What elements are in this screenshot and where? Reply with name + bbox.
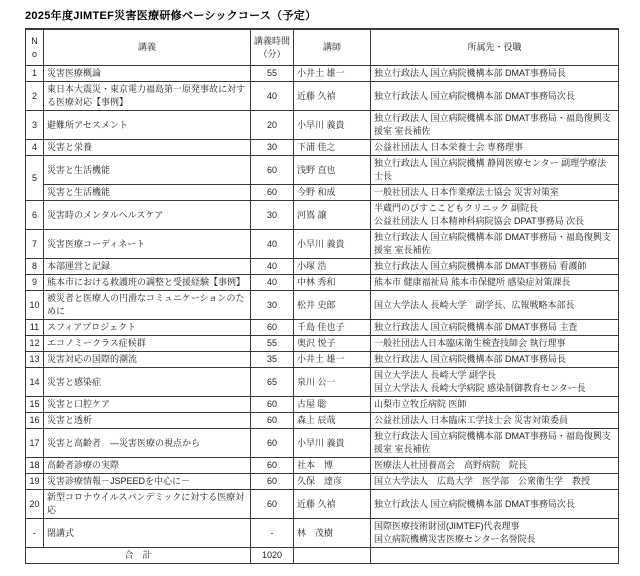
row-lecture-title: 災害医療概論 xyxy=(44,66,251,82)
row-minutes: 35 xyxy=(251,352,294,368)
row-affiliation: 独立行政法人 国立病院機構本部 DMAT事務局・福島復興支援室 室長補佐 xyxy=(371,429,619,458)
affiliation-line: 独立行政法人 国立病院機構本部 DMAT事務局次長 xyxy=(374,90,615,103)
affiliation-line: 国立大学法人 長崎大学 副学長、広報戦略本部長 xyxy=(374,299,615,312)
row-lecture-title: 閉講式 xyxy=(44,519,251,548)
header-row: No 講義 講義時間（分） 講師 所属先・役職 xyxy=(26,29,619,66)
row-no: 14 xyxy=(26,368,44,397)
row-minutes: 40 xyxy=(251,230,294,259)
row-lecturer-name: 千島 佳也子 xyxy=(294,320,371,336)
row-minutes: 60 xyxy=(251,185,294,201)
row-affiliation: 独立行政法人 国立病院機構本部 DMAT事務局次長 xyxy=(371,490,619,519)
row-lecturer-name: 近藤 久禎 xyxy=(294,490,371,519)
course-table-body: 1災害医療概論55小井土 雄一独立行政法人 国立病院機構本部 DMAT事務局長2… xyxy=(26,66,619,548)
total-minutes: 1020 xyxy=(251,548,294,564)
row-affiliation: 独立行政法人 国立病院機構本部 DMAT事務局次長 xyxy=(371,82,619,111)
table-row: 15災害と口腔ケア60古屋 聡山梨市立牧丘病院 医師 xyxy=(26,397,619,413)
row-lecture-title: 災害と生活機能 xyxy=(44,185,251,201)
affiliation-line: 一般社団法人 日本作業療法士協会 災害対策室 xyxy=(374,186,615,199)
row-affiliation: 半蔵門のびすここどもクリニック 副院長公益社団法人 日本精神科病院協会 DPAT… xyxy=(371,201,619,230)
row-affiliation: 独立行政法人 国立病院機構本部 DMAT事務局 主査 xyxy=(371,320,619,336)
row-no: 17 xyxy=(26,429,44,458)
row-affiliation: 一般社団法人 日本作業療法士協会 災害対策室 xyxy=(371,185,619,201)
table-row: 18高齢者診療の実際60社本 博医療法人社団養高会 高野病院 院長 xyxy=(26,458,619,474)
row-no: 4 xyxy=(26,140,44,156)
row-affiliation: 独立行政法人 国立病院機構本部 DMAT事務局 看護師 xyxy=(371,259,619,275)
row-minutes: 60 xyxy=(251,490,294,519)
row-affiliation: 山梨市立牧丘病院 医師 xyxy=(371,397,619,413)
row-no: 15 xyxy=(26,397,44,413)
affiliation-line: 一般社団法人日本臨床衛生検査技師会 執行理事 xyxy=(374,337,615,350)
document-page: 2025年度JIMTEF災害医療研修ベーシックコース（予定） No 講義 講義時… xyxy=(0,0,640,564)
row-minutes: 55 xyxy=(251,336,294,352)
row-minutes: 60 xyxy=(251,429,294,458)
row-no: 7 xyxy=(26,230,44,259)
row-no: 20 xyxy=(26,490,44,519)
affiliation-line: 医療法人社団養高会 高野病院 院長 xyxy=(374,459,615,472)
row-affiliation: 独立行政法人 国立病院機構本部 DMAT事務局長 xyxy=(371,66,619,82)
table-row: 7災害医療コーディネート40小早川 義貴独立行政法人 国立病院機構本部 DMAT… xyxy=(26,230,619,259)
row-affiliation: 独立行政法人 国立病院機構 静岡医療センター 副理学療法士長 xyxy=(371,156,619,185)
affiliation-line: 山梨市立牧丘病院 医師 xyxy=(374,398,615,411)
page-title: 2025年度JIMTEF災害医療研修ベーシックコース（予定） xyxy=(25,7,640,23)
table-row: 14災害と感染症65泉川 公一国立大学法人 長崎大学 副学長国立大学法人 長崎大… xyxy=(26,368,619,397)
affiliation-line: 公益社団法人 日本栄養士会 専務理事 xyxy=(374,141,615,154)
table-row: 11スフィアプロジェクト60千島 佳也子独立行政法人 国立病院機構本部 DMAT… xyxy=(26,320,619,336)
row-lecture-title: エコノミークラス症候群 xyxy=(44,336,251,352)
row-lecturer-name: 今野 和成 xyxy=(294,185,371,201)
row-affiliation: 公益社団法人 日本臨床工学技士会 災害対策委員 xyxy=(371,413,619,429)
row-lecture-title: 災害対応の国際的潮流 xyxy=(44,352,251,368)
row-affiliation: 国立大学法人 広島大学 医学部 公衆衛生学 教授 xyxy=(371,474,619,490)
table-footer: 合 計 1020 xyxy=(26,548,619,564)
row-no: 2 xyxy=(26,82,44,111)
row-no: 8 xyxy=(26,259,44,275)
table-row: 4災害と栄養30下浦 佳之公益社団法人 日本栄養士会 専務理事 xyxy=(26,140,619,156)
affiliation-line: 国立大学法人 長崎大学病院 感染制御教育センター長 xyxy=(374,382,615,395)
header-affiliation: 所属先・役職 xyxy=(371,29,619,66)
total-row: 合 計 1020 xyxy=(26,548,619,564)
row-lecture-title: 熊本市における救護班の調整と受援経験【事例】 xyxy=(44,275,251,291)
row-lecturer-name: 中林 秀和 xyxy=(294,275,371,291)
row-lecturer-name: 下浦 佳之 xyxy=(294,140,371,156)
header-minutes: 講義時間（分） xyxy=(251,29,294,66)
row-no: 9 xyxy=(26,275,44,291)
row-affiliation: 医療法人社団養高会 高野病院 院長 xyxy=(371,458,619,474)
table-row: -閉講式-林 茂樹国際医療技術財団(JIMTEF)代表理事国立病院機構災害医療セ… xyxy=(26,519,619,548)
row-lecture-title: スフィアプロジェクト xyxy=(44,320,251,336)
header-minutes-line1: 講義時間 xyxy=(254,35,290,48)
row-minutes: 60 xyxy=(251,156,294,185)
affiliation-line: 独立行政法人 国立病院機構本部 DMAT事務局 主査 xyxy=(374,321,615,334)
row-lecturer-name: 小早川 義貴 xyxy=(294,429,371,458)
row-lecture-title: 災害と感染症 xyxy=(44,368,251,397)
header-no: No xyxy=(26,29,44,66)
table-row: 19災害診療情報－JSPEEDを中心に－60久保 達彦国立大学法人 広島大学 医… xyxy=(26,474,619,490)
row-affiliation: 公益社団法人 日本栄養士会 専務理事 xyxy=(371,140,619,156)
table-header: No 講義 講義時間（分） 講師 所属先・役職 xyxy=(26,29,619,66)
affiliation-line: 独立行政法人 国立病院機構本部 DMAT事務局・福島復興支援室 室長補佐 xyxy=(374,430,615,456)
affiliation-line: 独立行政法人 国立病院機構本部 DMAT事務局長 xyxy=(374,353,615,366)
row-no: 13 xyxy=(26,352,44,368)
row-lecture-title: 被災者と医療人の円滑なコミュニケーションのために xyxy=(44,291,251,320)
row-lecturer-name: 久保 達彦 xyxy=(294,474,371,490)
header-lecture: 講義 xyxy=(44,29,251,66)
row-no: 10 xyxy=(26,291,44,320)
row-lecturer-name: 浅野 直也 xyxy=(294,156,371,185)
row-lecturer-name: 小早川 義貴 xyxy=(294,111,371,140)
row-lecturer-name: 泉川 公一 xyxy=(294,368,371,397)
row-lecture-title: 災害時のメンタルヘルスケア xyxy=(44,201,251,230)
row-minutes: 55 xyxy=(251,66,294,82)
table-row: 20新型コロナウイルスパンデミックに対する医療対応60近藤 久禎独立行政法人 国… xyxy=(26,490,619,519)
row-no: 5 xyxy=(26,156,44,201)
affiliation-line: 独立行政法人 国立病院機構本部 DMAT事務局・福島復興支援室 室長補佐 xyxy=(374,112,615,138)
table-row: 10被災者と医療人の円滑なコミュニケーションのために30松井 史郎国立大学法人 … xyxy=(26,291,619,320)
row-lecturer-name: 小井土 雄一 xyxy=(294,66,371,82)
affiliation-line: 独立行政法人 国立病院機構本部 DMAT事務局 看護師 xyxy=(374,260,615,273)
row-affiliation: 国立大学法人 長崎大学 副学長、広報戦略本部長 xyxy=(371,291,619,320)
row-minutes: 40 xyxy=(251,259,294,275)
row-minutes: - xyxy=(251,519,294,548)
row-no: 11 xyxy=(26,320,44,336)
affiliation-line: 独立行政法人 国立病院機構本部 DMAT事務局次長 xyxy=(374,498,615,511)
affiliation-line: 国際医療技術財団(JIMTEF)代表理事 xyxy=(374,520,615,533)
row-minutes: 60 xyxy=(251,320,294,336)
row-lecture-title: 災害と高齢者 ―災害医療の視点から xyxy=(44,429,251,458)
row-lecturer-name: 河嶌 譲 xyxy=(294,201,371,230)
row-lecturer-name: 奥沢 悦子 xyxy=(294,336,371,352)
row-affiliation: 独立行政法人 国立病院機構本部 DMAT事務局長 xyxy=(371,352,619,368)
row-no: 18 xyxy=(26,458,44,474)
table-row: 8本部運営と記録40小塚 浩独立行政法人 国立病院機構本部 DMAT事務局 看護… xyxy=(26,259,619,275)
row-minutes: 40 xyxy=(251,82,294,111)
table-row: 6災害時のメンタルヘルスケア30河嶌 譲半蔵門のびすここどもクリニック 副院長公… xyxy=(26,201,619,230)
table-row: 1災害医療概論55小井土 雄一独立行政法人 国立病院機構本部 DMAT事務局長 xyxy=(26,66,619,82)
row-lecture-title: 災害医療コーディネート xyxy=(44,230,251,259)
table-row: 16災害と透析60森上 辰哉公益社団法人 日本臨床工学技士会 災害対策委員 xyxy=(26,413,619,429)
affiliation-line: 国立病院機構災害医療センター名誉院長 xyxy=(374,533,615,546)
affiliation-line: 公益社団法人 日本精神科病院協会 DPAT事務局 次長 xyxy=(374,215,615,228)
table-row: 9熊本市における救護班の調整と受援経験【事例】40中林 秀和熊本市 健康福祉局 … xyxy=(26,275,619,291)
affiliation-line: 国立大学法人 広島大学 医学部 公衆衛生学 教授 xyxy=(374,475,615,488)
row-minutes: 20 xyxy=(251,111,294,140)
row-lecture-title: 災害と生活機能 xyxy=(44,156,251,185)
table-row: 17災害と高齢者 ―災害医療の視点から60小早川 義貴独立行政法人 国立病院機構… xyxy=(26,429,619,458)
table-row: 13災害対応の国際的潮流35小井土 雄一独立行政法人 国立病院機構本部 DMAT… xyxy=(26,352,619,368)
row-no: 12 xyxy=(26,336,44,352)
row-lecturer-name: 社本 博 xyxy=(294,458,371,474)
row-lecture-title: 高齢者診療の実際 xyxy=(44,458,251,474)
row-lecturer-name: 小早川 義貴 xyxy=(294,230,371,259)
row-minutes: 60 xyxy=(251,397,294,413)
row-minutes: 60 xyxy=(251,458,294,474)
total-label: 合 計 xyxy=(26,548,251,564)
row-no: 16 xyxy=(26,413,44,429)
row-lecture-title: 災害と栄養 xyxy=(44,140,251,156)
row-no: 6 xyxy=(26,201,44,230)
row-affiliation: 一般社団法人日本臨床衛生検査技師会 執行理事 xyxy=(371,336,619,352)
table-row: 12エコノミークラス症候群55奥沢 悦子一般社団法人日本臨床衛生検査技師会 執行… xyxy=(26,336,619,352)
row-minutes: 30 xyxy=(251,201,294,230)
header-lecturer: 講師 xyxy=(294,29,371,66)
row-lecture-title: 災害と口腔ケア xyxy=(44,397,251,413)
row-affiliation: 独立行政法人 国立病院機構本部 DMAT事務局・福島復興支援室 室長補佐 xyxy=(371,230,619,259)
row-no: 1 xyxy=(26,66,44,82)
row-minutes: 65 xyxy=(251,368,294,397)
row-no: - xyxy=(26,519,44,548)
total-spacer xyxy=(294,548,371,564)
total-spacer xyxy=(371,548,619,564)
affiliation-line: 独立行政法人 国立病院機構本部 DMAT事務局・福島復興支援室 室長補佐 xyxy=(374,231,615,257)
table-row: 災害と生活機能60今野 和成一般社団法人 日本作業療法士協会 災害対策室 xyxy=(26,185,619,201)
row-lecture-title: 避難所アセスメント xyxy=(44,111,251,140)
affiliation-line: 公益社団法人 日本臨床工学技士会 災害対策委員 xyxy=(374,414,615,427)
row-lecturer-name: 林 茂樹 xyxy=(294,519,371,548)
row-lecturer-name: 小塚 浩 xyxy=(294,259,371,275)
row-minutes: 60 xyxy=(251,413,294,429)
row-lecture-title: 災害と透析 xyxy=(44,413,251,429)
row-lecturer-name: 小井土 雄一 xyxy=(294,352,371,368)
course-schedule-table: No 講義 講義時間（分） 講師 所属先・役職 1災害医療概論55小井土 雄一独… xyxy=(25,28,619,564)
row-affiliation: 国際医療技術財団(JIMTEF)代表理事国立病院機構災害医療センター名誉院長 xyxy=(371,519,619,548)
row-lecturer-name: 近藤 久禎 xyxy=(294,82,371,111)
table-row: 5災害と生活機能60浅野 直也独立行政法人 国立病院機構 静岡医療センター 副理… xyxy=(26,156,619,185)
row-lecturer-name: 森上 辰哉 xyxy=(294,413,371,429)
row-lecture-title: 災害診療情報－JSPEEDを中心に－ xyxy=(44,474,251,490)
row-minutes: 30 xyxy=(251,140,294,156)
affiliation-line: 半蔵門のびすここどもクリニック 副院長 xyxy=(374,202,615,215)
row-minutes: 60 xyxy=(251,474,294,490)
row-affiliation: 独立行政法人 国立病院機構本部 DMAT事務局・福島復興支援室 室長補佐 xyxy=(371,111,619,140)
row-minutes: 40 xyxy=(251,275,294,291)
row-lecture-title: 本部運営と記録 xyxy=(44,259,251,275)
row-no: 19 xyxy=(26,474,44,490)
affiliation-line: 独立行政法人 国立病院機構本部 DMAT事務局長 xyxy=(374,67,615,80)
table-row: 3避難所アセスメント20小早川 義貴独立行政法人 国立病院機構本部 DMAT事務… xyxy=(26,111,619,140)
row-lecturer-name: 松井 史郎 xyxy=(294,291,371,320)
row-lecture-title: 新型コロナウイルスパンデミックに対する医療対応 xyxy=(44,490,251,519)
affiliation-line: 国立大学法人 長崎大学 副学長 xyxy=(374,369,615,382)
header-minutes-line2: （分） xyxy=(254,48,290,61)
row-minutes: 30 xyxy=(251,291,294,320)
affiliation-line: 熊本市 健康福祉局 熊本市保健所 感染症対策課長 xyxy=(374,276,615,289)
row-lecture-title: 東日本大震災・東京電力福島第一原発事故に対する医療対応【事例】 xyxy=(44,82,251,111)
row-affiliation: 国立大学法人 長崎大学 副学長国立大学法人 長崎大学病院 感染制御教育センター長 xyxy=(371,368,619,397)
row-no: 3 xyxy=(26,111,44,140)
row-lecturer-name: 古屋 聡 xyxy=(294,397,371,413)
row-affiliation: 熊本市 健康福祉局 熊本市保健所 感染症対策課長 xyxy=(371,275,619,291)
table-row: 2東日本大震災・東京電力福島第一原発事故に対する医療対応【事例】40近藤 久禎独… xyxy=(26,82,619,111)
affiliation-line: 独立行政法人 国立病院機構 静岡医療センター 副理学療法士長 xyxy=(374,157,615,183)
